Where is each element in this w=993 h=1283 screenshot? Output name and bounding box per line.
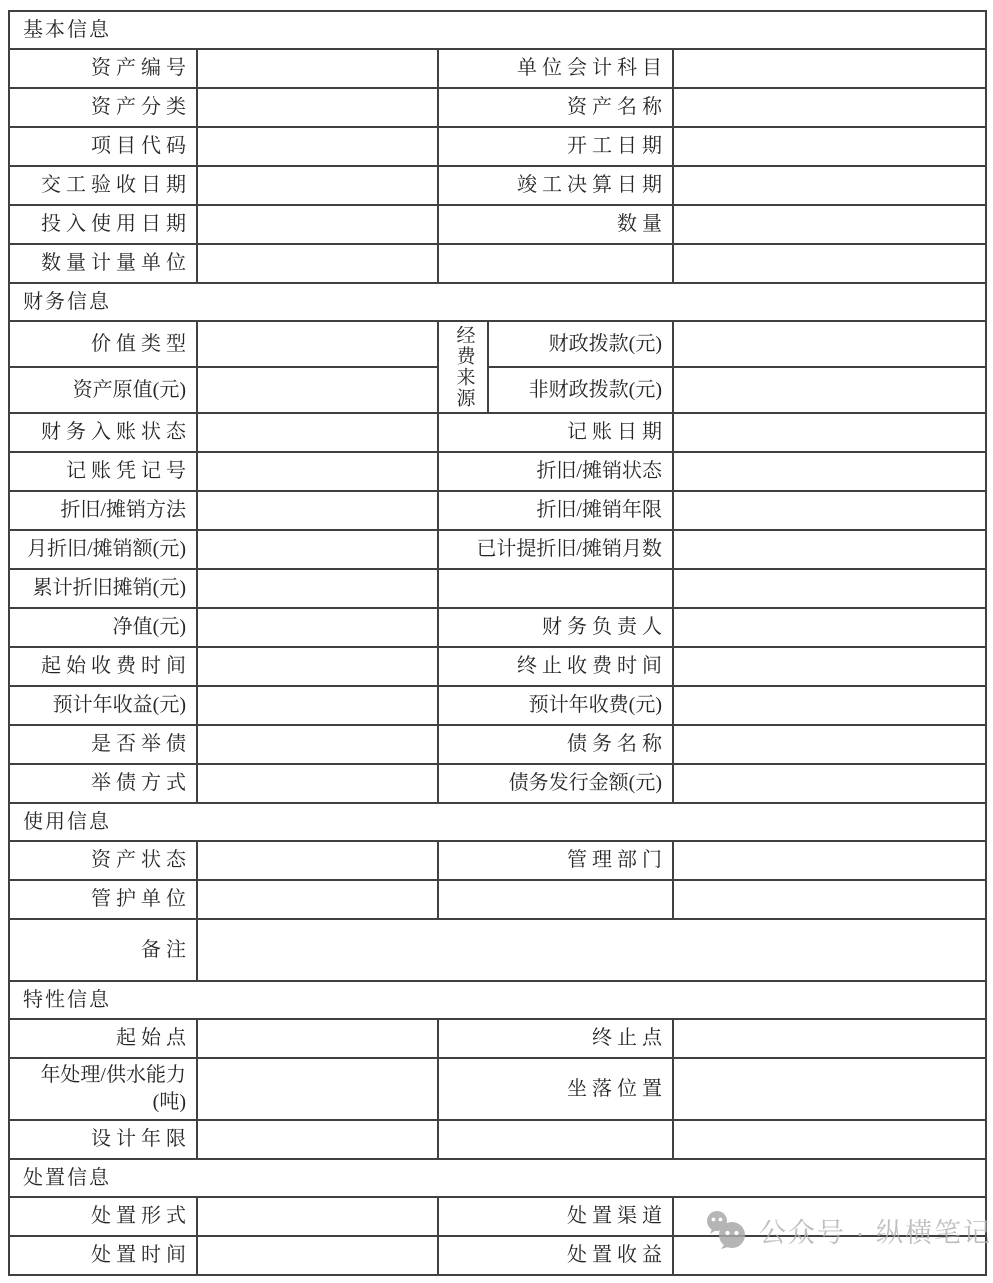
form-row: 起始收费时间终止收费时间 bbox=[9, 647, 986, 686]
field-value-cell bbox=[197, 367, 438, 413]
form-row: 处置时间处置收益 bbox=[9, 1236, 986, 1275]
field-value-cell bbox=[197, 1058, 438, 1120]
section-header: 特性信息 bbox=[9, 981, 986, 1019]
field-label-cell: 开工日期 bbox=[438, 127, 673, 166]
field-label-cell bbox=[438, 569, 673, 608]
field-value-cell bbox=[673, 880, 986, 919]
field-label-cell: 非财政拨款(元) bbox=[488, 367, 673, 413]
field-label-cell: 债务名称 bbox=[438, 725, 673, 764]
field-value-cell bbox=[673, 491, 986, 530]
field-value-cell bbox=[673, 686, 986, 725]
field-value-cell bbox=[197, 569, 438, 608]
field-value-cell bbox=[197, 166, 438, 205]
field-label-cell: 预计年收费(元) bbox=[438, 686, 673, 725]
field-label-cell: 起始点 bbox=[9, 1019, 197, 1058]
field-value-cell bbox=[197, 88, 438, 127]
field-label-cell bbox=[438, 244, 673, 283]
section-header-row: 处置信息 bbox=[9, 1159, 986, 1197]
field-label-cell: 单位会计科目 bbox=[438, 49, 673, 88]
field-label-cell: 处置渠道 bbox=[438, 1197, 673, 1236]
field-value-cell bbox=[673, 647, 986, 686]
field-value-cell bbox=[197, 841, 438, 880]
form-row: 净值(元)财务负责人 bbox=[9, 608, 986, 647]
field-label-cell: 预计年收益(元) bbox=[9, 686, 197, 725]
field-label-cell: 折旧/摊销年限 bbox=[438, 491, 673, 530]
field-label-cell: 资产状态 bbox=[9, 841, 197, 880]
field-value-cell bbox=[197, 725, 438, 764]
field-value-cell bbox=[197, 413, 438, 452]
field-label-cell: 数量 bbox=[438, 205, 673, 244]
form-row: 投入使用日期数量 bbox=[9, 205, 986, 244]
field-value-cell bbox=[197, 608, 438, 647]
field-label-cell: 资产编号 bbox=[9, 49, 197, 88]
field-label-cell: 管护单位 bbox=[9, 880, 197, 919]
form-row: 处置形式处置渠道 bbox=[9, 1197, 986, 1236]
field-value-cell bbox=[197, 1120, 438, 1159]
field-label-cell: 财务负责人 bbox=[438, 608, 673, 647]
field-label-cell: 处置收益 bbox=[438, 1236, 673, 1275]
field-value-cell bbox=[673, 88, 986, 127]
field-label-cell: 资产分类 bbox=[9, 88, 197, 127]
field-label-cell: 数量计量单位 bbox=[9, 244, 197, 283]
field-value-cell bbox=[673, 1019, 986, 1058]
form-row: 预计年收益(元)预计年收费(元) bbox=[9, 686, 986, 725]
field-label-cell: 债务发行金额(元) bbox=[438, 764, 673, 803]
field-label-cell: 折旧/摊销方法 bbox=[9, 491, 197, 530]
field-value-cell bbox=[673, 205, 986, 244]
field-value-cell bbox=[673, 413, 986, 452]
field-label-cell: 月折旧/摊销额(元) bbox=[9, 530, 197, 569]
field-label-cell: 设计年限 bbox=[9, 1120, 197, 1159]
form-row: 资产编号单位会计科目 bbox=[9, 49, 986, 88]
form-row: 数量计量单位 bbox=[9, 244, 986, 283]
field-label-cell: 坐落位置 bbox=[438, 1058, 673, 1120]
field-value-cell bbox=[197, 1019, 438, 1058]
field-value-cell bbox=[673, 1120, 986, 1159]
field-value-cell bbox=[197, 764, 438, 803]
section-header: 处置信息 bbox=[9, 1159, 986, 1197]
field-value-cell bbox=[673, 1058, 986, 1120]
field-label-cell: 竣工决算日期 bbox=[438, 166, 673, 205]
field-value-cell bbox=[673, 367, 986, 413]
funding-source-vertical-label: 经费来源 bbox=[453, 325, 474, 409]
field-label-cell: 价值类型 bbox=[9, 321, 197, 367]
field-label-cell: 资产原值(元) bbox=[9, 367, 197, 413]
field-label-cell: 终止点 bbox=[438, 1019, 673, 1058]
field-label-cell: 处置形式 bbox=[9, 1197, 197, 1236]
field-value-cell bbox=[197, 49, 438, 88]
field-label-cell: 净值(元) bbox=[9, 608, 197, 647]
field-value-cell bbox=[673, 764, 986, 803]
field-value-cell bbox=[197, 321, 438, 367]
field-value-cell bbox=[673, 49, 986, 88]
field-label-cell: 处置时间 bbox=[9, 1236, 197, 1275]
field-value-cell bbox=[673, 127, 986, 166]
form-row: 年处理/供水能力(吨)坐落位置 bbox=[9, 1058, 986, 1120]
field-label-cell: 终止收费时间 bbox=[438, 647, 673, 686]
form-row: 折旧/摊销方法折旧/摊销年限 bbox=[9, 491, 986, 530]
field-label-cell: 投入使用日期 bbox=[9, 205, 197, 244]
funding-source-cell: 经费来源 bbox=[438, 321, 488, 413]
field-label-cell: 累计折旧摊销(元) bbox=[9, 569, 197, 608]
field-label-cell bbox=[438, 880, 673, 919]
field-label-cell: 管理部门 bbox=[438, 841, 673, 880]
field-label-cell: 资产名称 bbox=[438, 88, 673, 127]
field-value-cell bbox=[197, 919, 986, 981]
field-label-cell bbox=[438, 1120, 673, 1159]
field-value-cell bbox=[197, 491, 438, 530]
form-row: 交工验收日期竣工决算日期 bbox=[9, 166, 986, 205]
asset-form-table: 基本信息资产编号单位会计科目资产分类资产名称项目代码开工日期交工验收日期竣工决算… bbox=[8, 10, 987, 1276]
section-header: 基本信息 bbox=[9, 11, 986, 49]
field-label-cell: 备注 bbox=[9, 919, 197, 981]
field-label-cell: 财政拨款(元) bbox=[488, 321, 673, 367]
form-row: 管护单位 bbox=[9, 880, 986, 919]
field-label-cell: 举债方式 bbox=[9, 764, 197, 803]
field-value-cell bbox=[673, 841, 986, 880]
section-header: 财务信息 bbox=[9, 283, 986, 321]
form-row: 月折旧/摊销额(元)已计提折旧/摊销月数 bbox=[9, 530, 986, 569]
form-row: 资产分类资产名称 bbox=[9, 88, 986, 127]
field-value-cell bbox=[197, 205, 438, 244]
field-label-cell: 已计提折旧/摊销月数 bbox=[438, 530, 673, 569]
field-value-cell bbox=[673, 1236, 986, 1275]
section-header-row: 使用信息 bbox=[9, 803, 986, 841]
field-value-cell bbox=[673, 608, 986, 647]
form-row: 资产原值(元)非财政拨款(元) bbox=[9, 367, 986, 413]
field-value-cell bbox=[673, 530, 986, 569]
field-value-cell bbox=[673, 569, 986, 608]
field-label-cell: 折旧/摊销状态 bbox=[438, 452, 673, 491]
section-header-row: 特性信息 bbox=[9, 981, 986, 1019]
field-value-cell bbox=[673, 166, 986, 205]
field-value-cell bbox=[197, 127, 438, 166]
field-value-cell bbox=[197, 1197, 438, 1236]
form-row: 财务入账状态记账日期 bbox=[9, 413, 986, 452]
field-value-cell bbox=[673, 244, 986, 283]
section-header: 使用信息 bbox=[9, 803, 986, 841]
field-label-cell: 起始收费时间 bbox=[9, 647, 197, 686]
form-row: 是否举债债务名称 bbox=[9, 725, 986, 764]
field-value-cell bbox=[673, 725, 986, 764]
field-label-cell: 年处理/供水能力(吨) bbox=[9, 1058, 197, 1120]
field-value-cell bbox=[197, 647, 438, 686]
field-value-cell bbox=[197, 880, 438, 919]
field-value-cell bbox=[197, 686, 438, 725]
form-row: 起始点终止点 bbox=[9, 1019, 986, 1058]
field-label-cell: 记账日期 bbox=[438, 413, 673, 452]
field-value-cell bbox=[673, 452, 986, 491]
form-row: 设计年限 bbox=[9, 1120, 986, 1159]
field-value-cell bbox=[197, 530, 438, 569]
field-label-cell: 财务入账状态 bbox=[9, 413, 197, 452]
form-row: 记账凭记号折旧/摊销状态 bbox=[9, 452, 986, 491]
field-label-cell: 交工验收日期 bbox=[9, 166, 197, 205]
form-row: 举债方式债务发行金额(元) bbox=[9, 764, 986, 803]
field-value-cell bbox=[673, 1197, 986, 1236]
form-row: 价值类型经费来源财政拨款(元) bbox=[9, 321, 986, 367]
form-row: 项目代码开工日期 bbox=[9, 127, 986, 166]
section-header-row: 财务信息 bbox=[9, 283, 986, 321]
form-row: 备注 bbox=[9, 919, 986, 981]
field-value-cell bbox=[673, 321, 986, 367]
field-label-cell: 是否举债 bbox=[9, 725, 197, 764]
field-value-cell bbox=[197, 452, 438, 491]
field-label-cell: 项目代码 bbox=[9, 127, 197, 166]
field-value-cell bbox=[197, 244, 438, 283]
field-value-cell bbox=[197, 1236, 438, 1275]
form-row: 资产状态管理部门 bbox=[9, 841, 986, 880]
field-label-cell: 记账凭记号 bbox=[9, 452, 197, 491]
form-row: 累计折旧摊销(元) bbox=[9, 569, 986, 608]
section-header-row: 基本信息 bbox=[9, 11, 986, 49]
